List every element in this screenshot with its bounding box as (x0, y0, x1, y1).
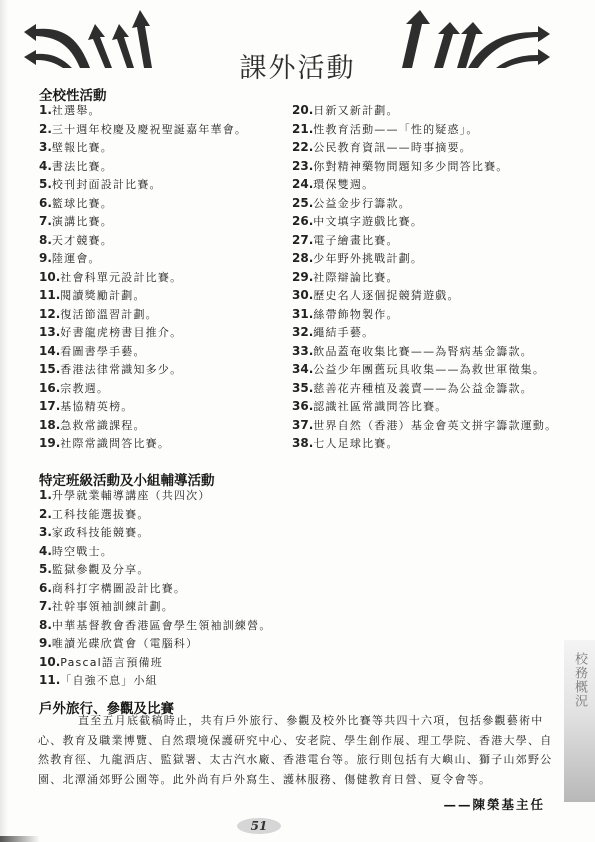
list-item: 29.社際辯論比賽。 (292, 268, 557, 287)
list-item: 1.升學就業輔導講座（共四次） (39, 486, 272, 505)
author-signature: ——陳榮基主任 (443, 795, 545, 813)
school-wide-list-left: 1.社選舉。 2.三十週年校慶及慶祝聖誕嘉年華會。 3.壁報比賽。 4.書法比賽… (39, 101, 247, 453)
list-item: 3.家政科技能競賽。 (39, 523, 272, 542)
list-item: 10.社會科單元設計比賽。 (39, 268, 247, 287)
list-item: 12.復活節溫習計劃。 (39, 305, 247, 324)
list-item: 7.演講比賽。 (39, 212, 247, 231)
list-item: 34.公益少年團舊玩具收集——為救世軍徵集。 (292, 360, 557, 379)
list-item: 26.中文填字遊戲比賽。 (292, 212, 557, 231)
list-item: 21.性教育活動——「性的疑惑」。 (292, 120, 557, 139)
list-item: 23.你對精神藥物問題知多少問答比賽。 (292, 157, 557, 176)
list-item: 10.Pascal語言預備班 (39, 653, 272, 672)
list-item: 17.基協精英榜。 (39, 397, 247, 416)
arrows-right-icon (400, 10, 552, 72)
list-item: 36.認識社區常識問答比賽。 (292, 397, 557, 416)
list-item: 8.中華基督教會香港區會學生領袖訓練營。 (39, 616, 272, 635)
list-item: 35.慈善花卉種植及義賣——為公益金籌款。 (292, 379, 557, 398)
list-item: 2.工科技能選拔賽。 (39, 505, 272, 524)
page-number: 51 (237, 818, 281, 834)
list-item: 8.天才競賽。 (39, 231, 247, 250)
list-item: 28.少年野外挑戰計劃。 (292, 249, 557, 268)
school-wide-list-right: 20.日新又新計劃。 21.性教育活動——「性的疑惑」。 22.公民教育資訊——… (292, 101, 557, 453)
list-item: 19.社際常識問答比賽。 (39, 434, 247, 453)
list-item: 31.絲帶飾物製作。 (292, 305, 557, 324)
list-item: 27.電子繪畫比賽。 (292, 231, 557, 250)
list-item: 11.「自強不息」小組 (39, 671, 272, 690)
list-item: 33.飲品蓋奄收集比賽——為腎病基金籌款。 (292, 342, 557, 361)
list-item: 38.七人足球比賽。 (292, 434, 557, 453)
list-item: 5.監獄參觀及分享。 (39, 560, 272, 579)
list-item: 3.壁報比賽。 (39, 138, 247, 157)
page-corner-shadow (0, 836, 40, 842)
list-item: 6.籃球比賽。 (39, 194, 247, 213)
list-item: 9.唯讀光碟欣賞會（電腦科） (39, 634, 272, 653)
list-item: 30.歷史名人逐個捉競猜遊戲。 (292, 286, 557, 305)
list-item: 4.書法比賽。 (39, 157, 247, 176)
list-item: 9.陸運會。 (39, 249, 247, 268)
class-group-list: 1.升學就業輔導講座（共四次） 2.工科技能選拔賽。 3.家政科技能競賽。 4.… (39, 486, 272, 690)
list-item: 25.公益金步行籌款。 (292, 194, 557, 213)
list-item: 32.繩結手藝。 (292, 323, 557, 342)
list-item: 4.時空戰士。 (39, 542, 272, 561)
outings-paragraph: 直至五月底截稿時止，共有戶外旅行、參觀及校外比賽等共四十六項，包括參觀藝術中心、… (38, 711, 558, 789)
list-item: 11.閱讀獎勵計劃。 (39, 286, 247, 305)
side-tab-label: 校務概況 (564, 652, 595, 708)
list-item: 24.環保雙週。 (292, 175, 557, 194)
page-binding-edge (0, 0, 8, 842)
list-item: 2.三十週年校慶及慶祝聖誕嘉年華會。 (39, 120, 247, 139)
list-item: 5.校刊封面設計比賽。 (39, 175, 247, 194)
list-item: 6.商科打字構圖設計比賽。 (39, 579, 272, 598)
side-chapter-tab: 校務概況 (564, 640, 595, 802)
list-item: 1.社選舉。 (39, 101, 247, 120)
list-item: 22.公民教育資訊——時事摘要。 (292, 138, 557, 157)
list-item: 13.好書龍虎榜書目推介。 (39, 323, 247, 342)
list-item: 37.世界自然（香港）基金會英文拼字籌款運動。 (292, 416, 557, 435)
list-item: 18.急救常識課程。 (39, 416, 247, 435)
list-item: 15.香港法律常識知多少。 (39, 360, 247, 379)
list-item: 14.看圖書學手藝。 (39, 342, 247, 361)
list-item: 16.宗教週。 (39, 379, 247, 398)
list-item: 7.社幹事領袖訓練計劃。 (39, 597, 272, 616)
list-item: 20.日新又新計劃。 (292, 101, 557, 120)
